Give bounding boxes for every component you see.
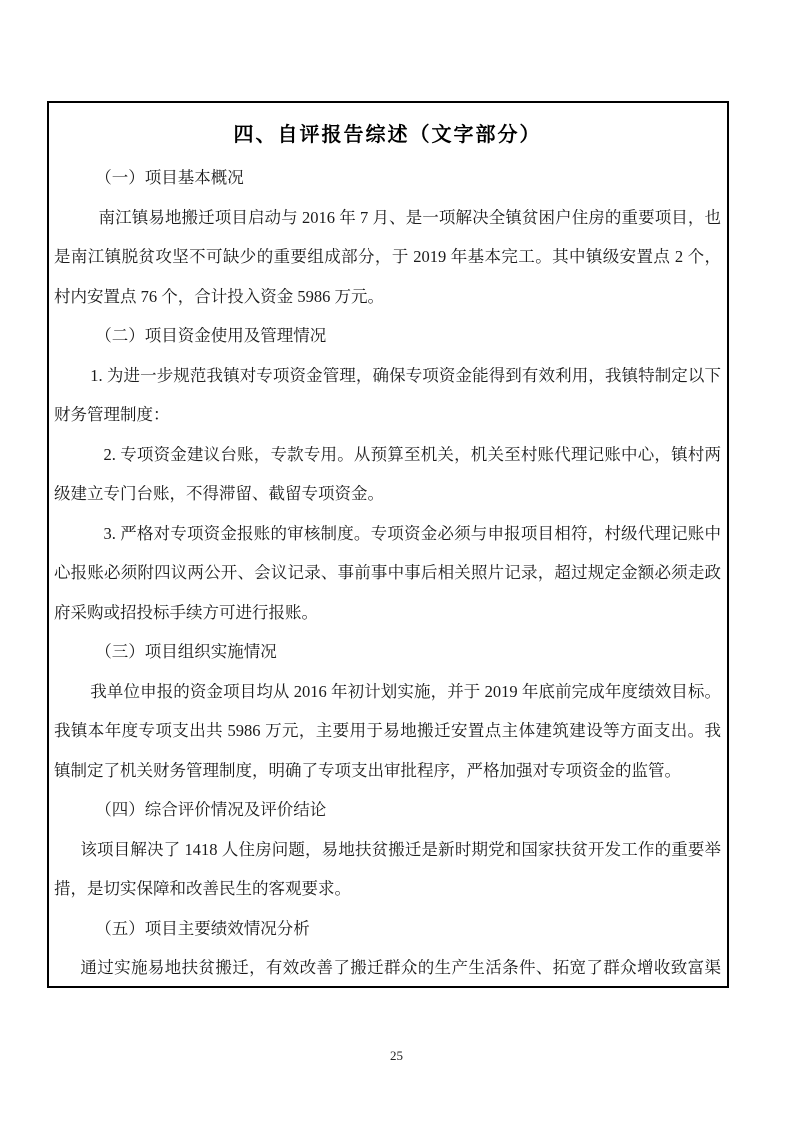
paragraph-evaluation-conclusion: 该项目解决了 1418 人住房问题，易地扶贫搬迁是新时期党和国家扶贫开发工作的重… — [54, 830, 721, 909]
subsection-heading-2: （二）项目资金使用及管理情况 — [54, 316, 721, 356]
document-page: 四、自评报告综述（文字部分） （一）项目基本概况 南江镇易地搬迁项目启动与 20… — [0, 0, 793, 1122]
section-title: 四、自评报告综述（文字部分） — [54, 112, 721, 158]
subsection-heading-3: （三）项目组织实施情况 — [54, 632, 721, 672]
subsection-heading-5: （五）项目主要绩效情况分析 — [54, 909, 721, 949]
paragraph-implementation: 我单位申报的资金项目均从 2016 年初计划实施，并于 2019 年底前完成年度… — [54, 672, 721, 791]
page-number: 25 — [0, 1046, 793, 1066]
paragraph-performance-analysis: 通过实施易地扶贫搬迁，有效改善了搬迁群众的生产生活条件、拓宽了群众增收致富渠道、… — [54, 948, 721, 988]
numbered-item-3: 3. 严格对专项资金报账的审核制度。专项资金必须与申报项目相符，村级代理记账中心… — [54, 514, 721, 633]
paragraph-project-overview: 南江镇易地搬迁项目启动与 2016 年 7 月、是一项解决全镇贫困户住房的重要项… — [54, 198, 721, 317]
subsection-heading-1: （一）项目基本概况 — [54, 158, 721, 198]
numbered-item-1: 1. 为进一步规范我镇对专项资金管理，确保专项资金能得到有效利用，我镇特制定以下… — [54, 356, 721, 435]
subsection-heading-4: （四）综合评价情况及评价结论 — [54, 790, 721, 830]
numbered-item-2: 2. 专项资金建议台账，专款专用。从预算至机关，机关至村账代理记账中心，镇村两级… — [54, 435, 721, 514]
report-section-box: 四、自评报告综述（文字部分） （一）项目基本概况 南江镇易地搬迁项目启动与 20… — [47, 101, 729, 988]
